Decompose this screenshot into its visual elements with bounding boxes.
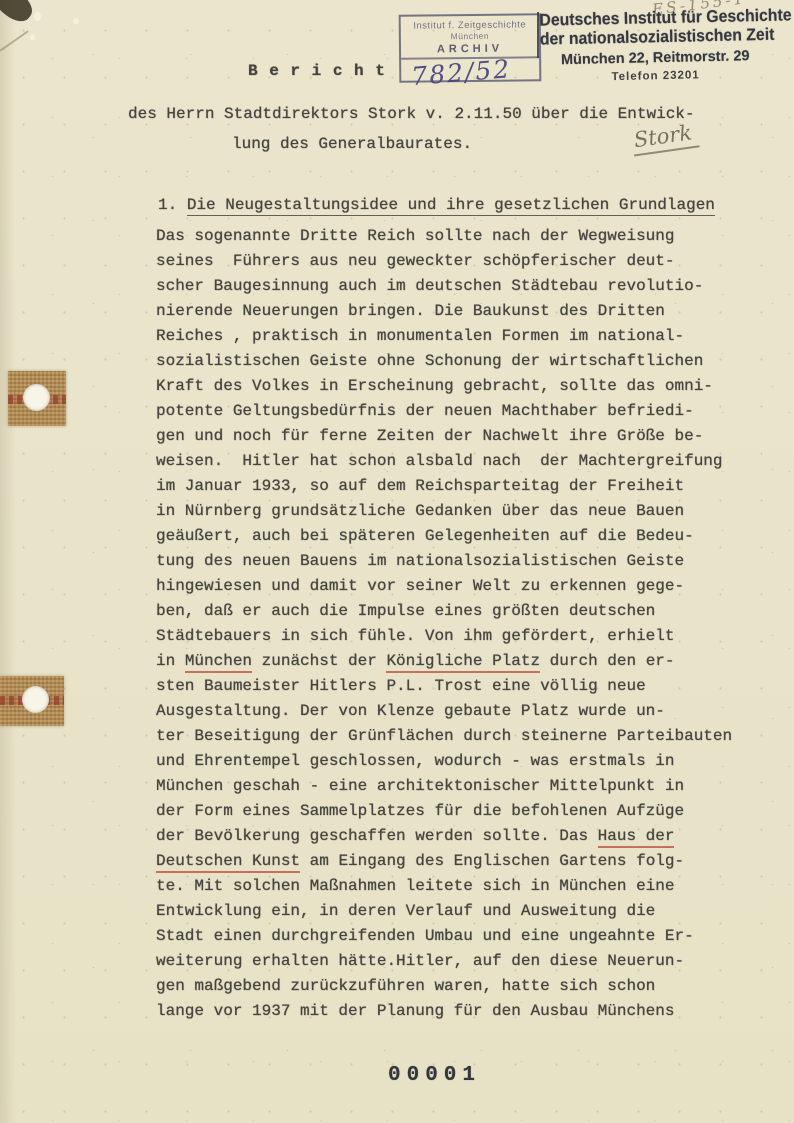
body-line: Stadt einen durchgreifenden Umbau und ei…	[156, 924, 732, 949]
text-segment: scher Baugesinnung auch im deutschen Stä…	[156, 277, 703, 295]
text-segment: am Eingang des Englischen Gartens folg-	[300, 852, 684, 870]
text-segment: im Januar 1933, so auf dem Reichsparteit…	[156, 477, 684, 495]
body-line: potente Geltungsbedürfnis der neuen Mach…	[156, 399, 732, 424]
text-segment: sozialistischen Geiste ohne Schonung der…	[156, 352, 703, 370]
body-line: Ausgestaltung. Der von Klenze gebaute Pl…	[156, 699, 732, 724]
body-line: gen maßgebend zurückzuführen waren, hatt…	[156, 974, 732, 999]
punch-hole	[22, 686, 49, 713]
archive-stamp-box: Institut f. Zeitgeschichte München ARCHI…	[399, 13, 542, 82]
section-heading: 1. Die Neugestaltungsidee und ihre geset…	[158, 193, 715, 218]
body-text: Das sogenannte Dritte Reich sollte nach …	[156, 224, 732, 1024]
body-line: sozialistischen Geiste ohne Schonung der…	[156, 349, 732, 374]
institute-stamp-line-4: Telefon 23201	[541, 67, 771, 86]
report-title: B e r i c h t	[248, 62, 386, 80]
text-segment: geäußert, auch bei späteren Gelegenheite…	[156, 527, 694, 545]
body-line: ben, daß er auch die Impulse eines größt…	[156, 599, 732, 624]
text-segment: weisen. Hitler hat schon alsbald nach de…	[156, 452, 723, 470]
body-line: nierende Neuerungen bringen. Die Baukuns…	[156, 299, 732, 324]
body-line: scher Baugesinnung auch im deutschen Stä…	[156, 274, 732, 299]
text-segment: Entwicklung ein, in deren Verlauf und Au…	[156, 902, 655, 920]
body-line: Reiches , praktisch in monumentalen Form…	[156, 324, 732, 349]
paper-speck	[30, 34, 35, 40]
hole-punch-patch-top	[8, 371, 66, 426]
body-line: gen und noch für ferne Zeiten der Nachwe…	[156, 424, 732, 449]
text-segment: te. Mit solchen Maßnahmen leitete sich i…	[156, 877, 674, 895]
body-line: weisen. Hitler hat schon alsbald nach de…	[156, 449, 732, 474]
text-segment: Haus der	[598, 827, 675, 848]
paper-crease-line	[0, 30, 28, 51]
paper-speck	[73, 18, 79, 24]
text-segment: tung des neuen Bauens im nationalsoziali…	[156, 552, 684, 570]
text-segment: potente Geltungsbedürfnis der neuen Mach…	[156, 402, 694, 420]
body-line: weiterung erhalten hätte.Hitler, auf den…	[156, 949, 732, 974]
body-line: seines Führers aus neu geweckter schöpfe…	[156, 249, 732, 274]
text-segment: ter Beseitigung der Grünflächen durch st…	[156, 727, 732, 745]
institute-stamp: Deutsches Institut für Geschichte der na…	[539, 5, 793, 85]
body-line: in München zunächst der Königliche Platz…	[156, 649, 732, 674]
page-number-stamp: 00001	[388, 1064, 481, 1087]
body-line: und Ehrentempel geschlossen, wodurch - w…	[156, 749, 732, 774]
text-segment: nierende Neuerungen bringen. Die Baukuns…	[156, 302, 665, 320]
text-segment: Städtebauers in sich fühle. Von ihm gefö…	[156, 627, 674, 645]
text-segment: und Ehrentempel geschlossen, wodurch - w…	[156, 752, 674, 770]
body-line: Deutschen Kunst am Eingang des Englische…	[156, 849, 732, 874]
archive-stamp-line-2: München	[401, 30, 539, 41]
text-segment: Die Neugestaltungsidee und ihre gesetzli…	[187, 196, 715, 216]
body-line: München geschah - eine architektonischer…	[156, 774, 732, 799]
text-segment: in	[156, 652, 185, 670]
body-line: Das sogenannte Dritte Reich sollte nach …	[156, 224, 732, 249]
text-segment: 1.	[158, 196, 187, 214]
text-segment: Kraft des Volkes in Erscheinung gebracht…	[156, 377, 713, 395]
paper-speck	[34, 12, 41, 21]
body-line: der Form eines Sammelplatzes für die bef…	[156, 799, 732, 824]
text-segment: der Form eines Sammelplatzes für die bef…	[156, 802, 684, 820]
institute-stamp-line-3: München 22, Reitmorstr. 29	[540, 47, 770, 70]
text-segment: durch den er-	[540, 652, 674, 670]
text-segment: München	[185, 652, 252, 673]
text-segment: gen und noch für ferne Zeiten der Nachwe…	[156, 427, 703, 445]
text-segment: Königliche Platz	[386, 652, 540, 673]
body-line: lange vor 1937 mit der Planung für den A…	[156, 999, 732, 1024]
hole-punch-patch-bottom	[0, 676, 64, 726]
body-line: geäußert, auch bei späteren Gelegenheite…	[156, 524, 732, 549]
text-segment: in Nürnberg grundsätzliche Gedanken über…	[156, 502, 684, 520]
text-segment: hingewiesen und damit vor seiner Welt zu…	[156, 577, 684, 595]
body-line: im Januar 1933, so auf dem Reichsparteit…	[156, 474, 732, 499]
body-line: Kraft des Volkes in Erscheinung gebracht…	[156, 374, 732, 399]
report-subtitle-line-2: lung des Generalbaurates.	[232, 135, 472, 153]
body-line: ter Beseitigung der Grünflächen durch st…	[156, 724, 732, 749]
text-segment: gen maßgebend zurückzuführen waren, hatt…	[156, 977, 655, 995]
body-line: in Nürnberg grundsätzliche Gedanken über…	[156, 499, 732, 524]
body-line: hingewiesen und damit vor seiner Welt zu…	[156, 574, 732, 599]
text-segment: zunächst der	[252, 652, 386, 670]
stork-handwritten-note: Stork	[630, 120, 699, 157]
archive-stamp-line-3: ARCHIV	[401, 42, 539, 55]
text-segment: Das sogenannte Dritte Reich sollte nach …	[156, 227, 674, 245]
body-line: sten Baumeister Hitlers P.L. Trost eine …	[156, 674, 732, 699]
body-line: tung des neuen Bauens im nationalsoziali…	[156, 549, 732, 574]
punch-hole	[23, 384, 50, 411]
archive-number-handwritten: 782/52	[410, 54, 512, 91]
text-segment: der Bevölkerung geschaffen werden sollte…	[156, 827, 598, 845]
body-line: der Bevölkerung geschaffen werden sollte…	[156, 824, 732, 849]
text-segment: weiterung erhalten hätte.Hitler, auf den…	[156, 952, 684, 970]
text-segment: ben, daß er auch die Impulse eines größt…	[156, 602, 655, 620]
institute-stamp-line-2: der nationalsozialistischen Zeit	[540, 25, 775, 49]
text-segment: Reiches , praktisch in monumentalen Form…	[156, 327, 684, 345]
text-segment: München geschah - eine architektonischer…	[156, 777, 684, 795]
text-segment: seines Führers aus neu geweckter schöpfe…	[156, 252, 674, 270]
body-line: Entwicklung ein, in deren Verlauf und Au…	[156, 899, 732, 924]
text-segment: Ausgestaltung. Der von Klenze gebaute Pl…	[156, 702, 665, 720]
paper-edge-mark	[0, 0, 38, 27]
report-subtitle-line-1: des Herrn Stadtdirektors Stork v. 2.11.5…	[128, 105, 695, 123]
text-segment: Stadt einen durchgreifenden Umbau und ei…	[156, 927, 694, 945]
text-segment: lange vor 1937 mit der Planung für den A…	[156, 1002, 674, 1020]
scanned-document-page: ES-155-1 Institut f. Zeitgeschichte Münc…	[0, 0, 794, 1123]
text-segment: sten Baumeister Hitlers P.L. Trost eine …	[156, 677, 646, 695]
body-line: te. Mit solchen Maßnahmen leitete sich i…	[156, 874, 732, 899]
text-segment: Deutschen Kunst	[156, 852, 300, 873]
body-line: Städtebauers in sich fühle. Von ihm gefö…	[156, 624, 732, 649]
